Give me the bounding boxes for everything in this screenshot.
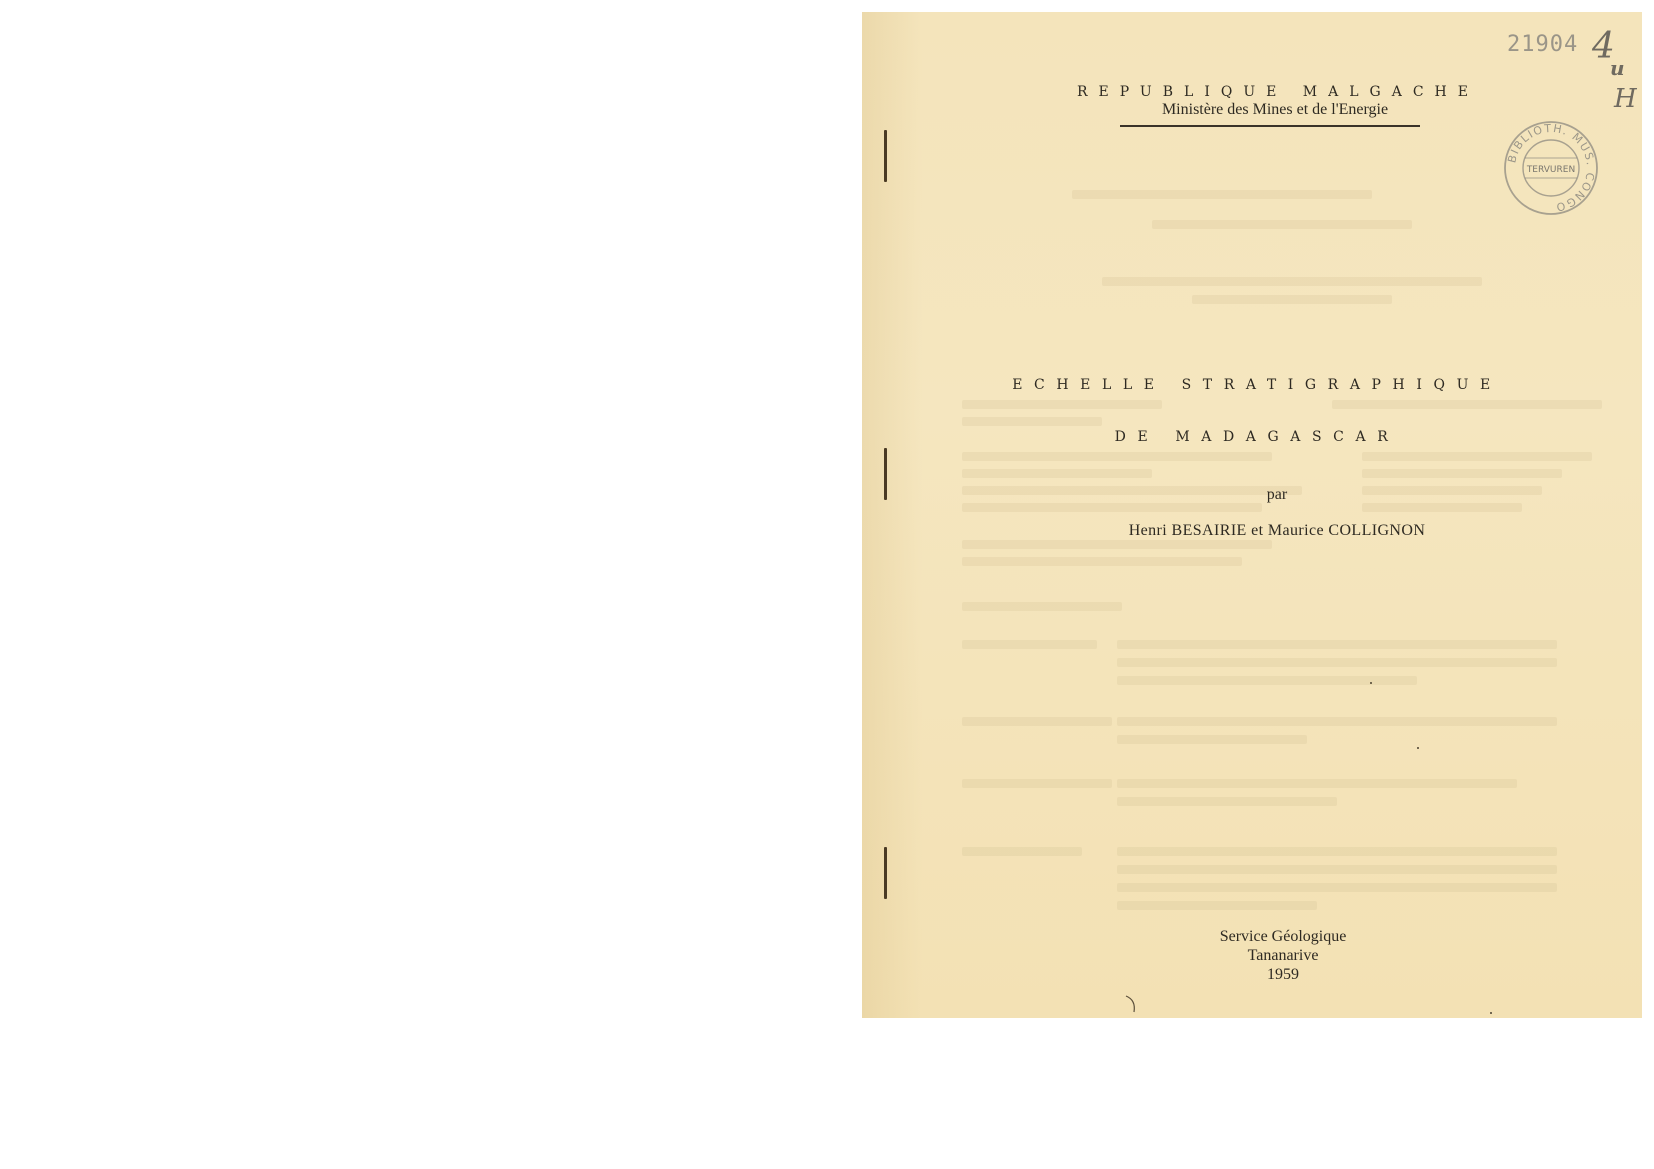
stray-mark (1124, 994, 1138, 1014)
document-title-line2: DE MADAGASCAR (862, 429, 1642, 445)
accession-number: 21904 (1507, 32, 1578, 57)
header-rule (1120, 125, 1420, 127)
publication-year: 1959 (924, 965, 1642, 984)
header-country: REPUBLIQUE MALGACHE (862, 84, 1642, 100)
handwritten-mark: u (1610, 56, 1625, 80)
svg-text:TERVUREN: TERVUREN (1526, 165, 1575, 175)
library-stamp: BIBLIOTH. MUS. CONGO TERVUREN (1503, 120, 1599, 216)
publisher-city: Tananarive (924, 946, 1642, 965)
staple (884, 847, 887, 899)
publisher-block: Service Géologique Tananarive 1959 (862, 927, 1642, 984)
speck (1417, 747, 1419, 749)
handwritten-mark: H (1614, 84, 1637, 114)
speck (1370, 682, 1372, 684)
header-ministry: Ministère des Mines et de l'Energie (862, 101, 1642, 119)
stamp-icon: BIBLIOTH. MUS. CONGO TERVUREN (1503, 120, 1599, 216)
publisher-name: Service Géologique (924, 927, 1642, 946)
authors: Henri BESAIRIE et Maurice COLLIGNON (862, 522, 1642, 540)
document-title-line1: ECHELLE STRATIGRAPHIQUE (862, 377, 1642, 393)
by-label: par (862, 486, 1642, 504)
speck (1490, 1012, 1492, 1014)
document-page: REPUBLIQUE MALGACHE Ministère des Mines … (862, 12, 1642, 1018)
staple (884, 130, 887, 182)
